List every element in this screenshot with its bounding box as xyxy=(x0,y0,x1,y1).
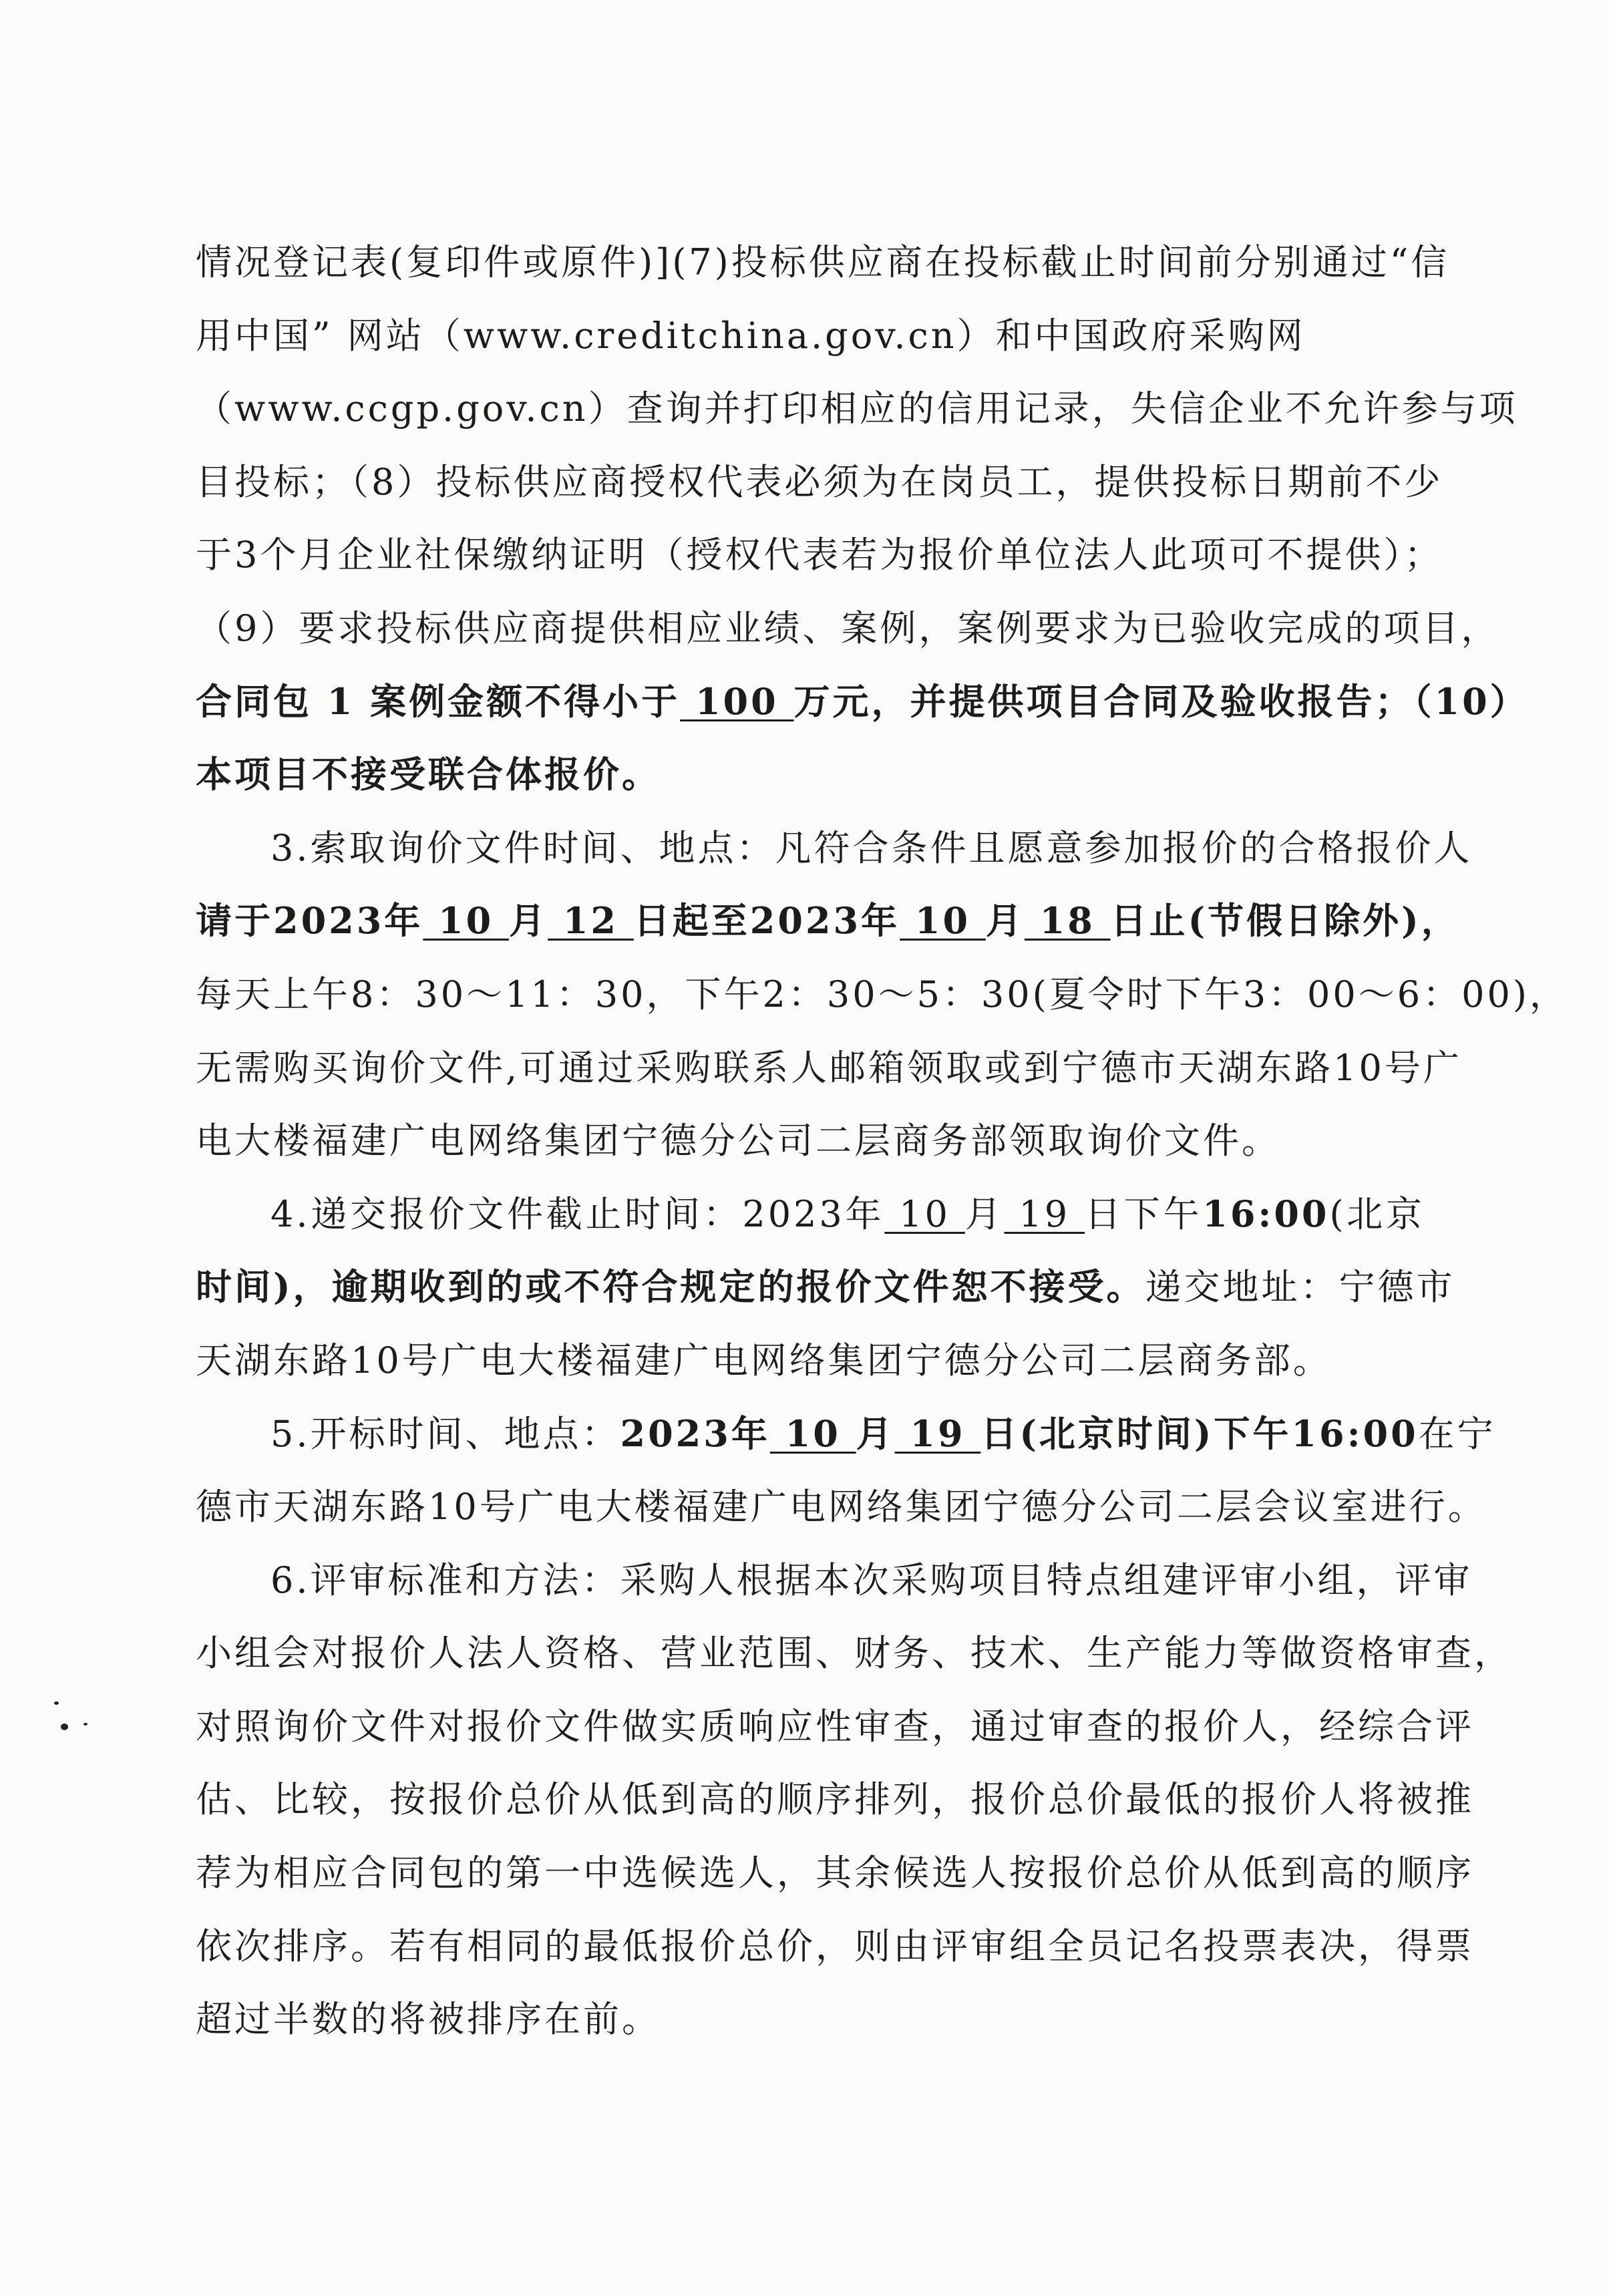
text-segment: 5.开标时间、地点： xyxy=(271,1413,620,1455)
text-line: 电大楼福建广电网络集团宁德分公司二层商务部领取询价文件。 xyxy=(196,1104,1425,1178)
underlined-value: 19 xyxy=(895,1412,981,1455)
text-line: 每天上午8：30～11：30，下午2：30～5：30(夏令时下午3：00～6：0… xyxy=(196,958,1425,1031)
text-segment: 请于2023年 xyxy=(196,899,423,942)
text-segment: 在宁 xyxy=(1419,1413,1496,1455)
text-segment: （www.ccgp.gov.cn）查询并打印相应的信用记录，失信企业不允许参与项 xyxy=(196,387,1518,430)
text-line: 用中国” 网站（www.creditchina.gov.cn）和中国政府采购网 xyxy=(196,299,1425,373)
text-line: 6.评审标准和方法：采购人根据本次采购项目特点组建评审小组，评审 xyxy=(196,1544,1425,1617)
underlined-value: 12 xyxy=(548,899,634,942)
text-segment: 每天上午8：30～11：30，下午2：30～5：30(夏令时下午3：00～6：0… xyxy=(196,973,1568,1015)
text-segment: 月 xyxy=(856,1412,895,1455)
underlined-value: 10 xyxy=(770,1412,856,1455)
scan-speck xyxy=(54,1701,59,1705)
text-segment: 依次排序。若有相同的最低报价总价，则由评审组全员记名投票表决，得票 xyxy=(196,1925,1474,1967)
text-line: 估、比较，按报价总价从低到高的顺序排列，报价总价最低的报价人将被推 xyxy=(196,1763,1425,1836)
text-line: 情况登记表(复印件或原件)](7)投标供应商在投标截止时间前分别通过“信 xyxy=(196,226,1425,299)
text-line: 于3个月企业社保缴纳证明（授权代表若为报价单位法人此项可不提供）； xyxy=(196,518,1425,592)
text-segment: 月 xyxy=(509,899,548,942)
text-segment: 目投标；（8）投标供应商授权代表必须为在岗员工，提供投标日期前不少 xyxy=(196,461,1443,503)
text-line: 4.递交报价文件截止时间：2023年 10 月 19 日下午16:00(北京 xyxy=(196,1178,1425,1251)
text-segment: 电大楼福建广电网络集团宁德分公司二层商务部领取询价文件。 xyxy=(196,1120,1280,1162)
text-segment: 时间)，逾期收到的或不符合规定的报价文件恕不接受。 xyxy=(196,1265,1145,1308)
underlined-value: 10 xyxy=(900,899,986,942)
document-page: 情况登记表(复印件或原件)](7)投标供应商在投标截止时间前分别通过“信用中国”… xyxy=(0,0,1609,2296)
text-segment: 超过半数的将被排序在前。 xyxy=(196,1998,661,2040)
underlined-value: 10 xyxy=(884,1193,965,1235)
document-body: 情况登记表(复印件或原件)](7)投标供应商在投标截止时间前分别通过“信用中国”… xyxy=(196,226,1425,2056)
text-line: （www.ccgp.gov.cn）查询并打印相应的信用记录，失信企业不允许参与项 xyxy=(196,372,1425,446)
text-segment: 无需购买询价文件,可通过采购联系人邮箱领取或到宁德市天湖东路10号广 xyxy=(196,1047,1462,1089)
text-segment: 16:00 xyxy=(1202,1192,1329,1235)
text-segment: 日起至2023年 xyxy=(634,899,900,942)
text-segment: 3.索取询价文件时间、地点：凡符合条件且愿意参加报价的合格报价人 xyxy=(271,827,1473,869)
text-segment: 小组会对报价人法人资格、营业范围、财务、技术、生产能力等做资格审查， xyxy=(196,1632,1513,1674)
text-segment: 合同包 1 案例金额不得小于 xyxy=(196,680,680,723)
text-line: 无需购买询价文件,可通过采购联系人邮箱领取或到宁德市天湖东路10号广 xyxy=(196,1031,1425,1105)
text-line: 德市天湖东路10号广电大楼福建广电网络集团宁德分公司二层会议室进行。 xyxy=(196,1470,1425,1544)
text-segment: 日下午 xyxy=(1085,1193,1202,1235)
text-line: 荐为相应合同包的第一中选候选人，其余候选人按报价总价从低到高的顺序 xyxy=(196,1836,1425,1910)
text-segment: 6.评审标准和方法：采购人根据本次采购项目特点组建评审小组，评审 xyxy=(271,1559,1473,1601)
text-line: 3.索取询价文件时间、地点：凡符合条件且愿意参加报价的合格报价人 xyxy=(196,812,1425,885)
text-segment: 2023年 xyxy=(620,1412,770,1455)
text-segment: 本项目不接受联合体报价。 xyxy=(196,753,661,796)
text-line: 依次排序。若有相同的最低报价总价，则由评审组全员记名投票表决，得票 xyxy=(196,1910,1425,1983)
text-segment: 日(北京时间)下午16:00 xyxy=(980,1412,1418,1455)
text-segment: 递交地址：宁德市 xyxy=(1145,1266,1455,1308)
text-segment: 月 xyxy=(965,1193,1005,1235)
text-segment: 月 xyxy=(986,899,1025,942)
scan-speck xyxy=(61,1724,68,1730)
text-line: 合同包 1 案例金额不得小于 100 万元，并提供项目合同及验收报告；（10） xyxy=(196,665,1425,739)
text-line: 对照询价文件对报价文件做实质响应性审查，通过审查的报价人，经综合评 xyxy=(196,1690,1425,1764)
text-segment: 用中国” 网站（www.creditchina.gov.cn）和中国政府采购网 xyxy=(196,315,1306,357)
text-line: 超过半数的将被排序在前。 xyxy=(196,1983,1425,2056)
text-line: 目投标；（8）投标供应商授权代表必须为在岗员工，提供投标日期前不少 xyxy=(196,446,1425,519)
underlined-value: 10 xyxy=(423,899,509,942)
text-segment: 日止(节假日除外)， xyxy=(1111,899,1460,942)
text-segment: 4.递交报价文件截止时间：2023年 xyxy=(271,1193,884,1235)
text-line: （9）要求投标供应商提供相应业绩、案例，案例要求为已验收完成的项目， xyxy=(196,592,1425,665)
text-line: 本项目不接受联合体报价。 xyxy=(196,738,1425,812)
text-line: 天湖东路10号广电大楼福建广电网络集团宁德分公司二层商务部。 xyxy=(196,1324,1425,1398)
text-segment: 万元，并提供项目合同及验收报告；（10） xyxy=(794,680,1529,723)
text-segment: 天湖东路10号广电大楼福建广电网络集团宁德分公司二层商务部。 xyxy=(196,1339,1332,1381)
text-segment: (北京 xyxy=(1329,1193,1425,1235)
text-line: 小组会对报价人法人资格、营业范围、财务、技术、生产能力等做资格审查， xyxy=(196,1617,1425,1690)
underlined-value: 18 xyxy=(1025,899,1111,942)
text-segment: 德市天湖东路10号广电大楼福建广电网络集团宁德分公司二层会议室进行。 xyxy=(196,1486,1487,1528)
text-segment: 对照询价文件对报价文件做实质响应性审查，通过审查的报价人，经综合评 xyxy=(196,1705,1474,1748)
text-line: 时间)，逾期收到的或不符合规定的报价文件恕不接受。递交地址：宁德市 xyxy=(196,1251,1425,1324)
underlined-value: 100 xyxy=(680,680,793,723)
text-segment: 估、比较，按报价总价从低到高的顺序排列，报价总价最低的报价人将被推 xyxy=(196,1778,1474,1820)
scan-speck xyxy=(83,1723,87,1726)
text-segment: 情况登记表(复印件或原件)](7)投标供应商在投标截止时间前分别通过“信 xyxy=(196,241,1449,283)
text-segment: 于3个月企业社保缴纳证明（授权代表若为报价单位法人此项可不提供）； xyxy=(196,534,1443,576)
text-line: 请于2023年 10 月 12 日起至2023年 10 月 18 日止(节假日除… xyxy=(196,884,1425,958)
text-segment: 荐为相应合同包的第一中选候选人，其余候选人按报价总价从低到高的顺序 xyxy=(196,1852,1474,1894)
text-line: 5.开标时间、地点：2023年 10 月 19 日(北京时间)下午16:00在宁 xyxy=(196,1398,1425,1471)
text-segment: （9）要求投标供应商提供相应业绩、案例，案例要求为已验收完成的项目， xyxy=(196,607,1499,649)
underlined-value: 19 xyxy=(1005,1193,1085,1235)
